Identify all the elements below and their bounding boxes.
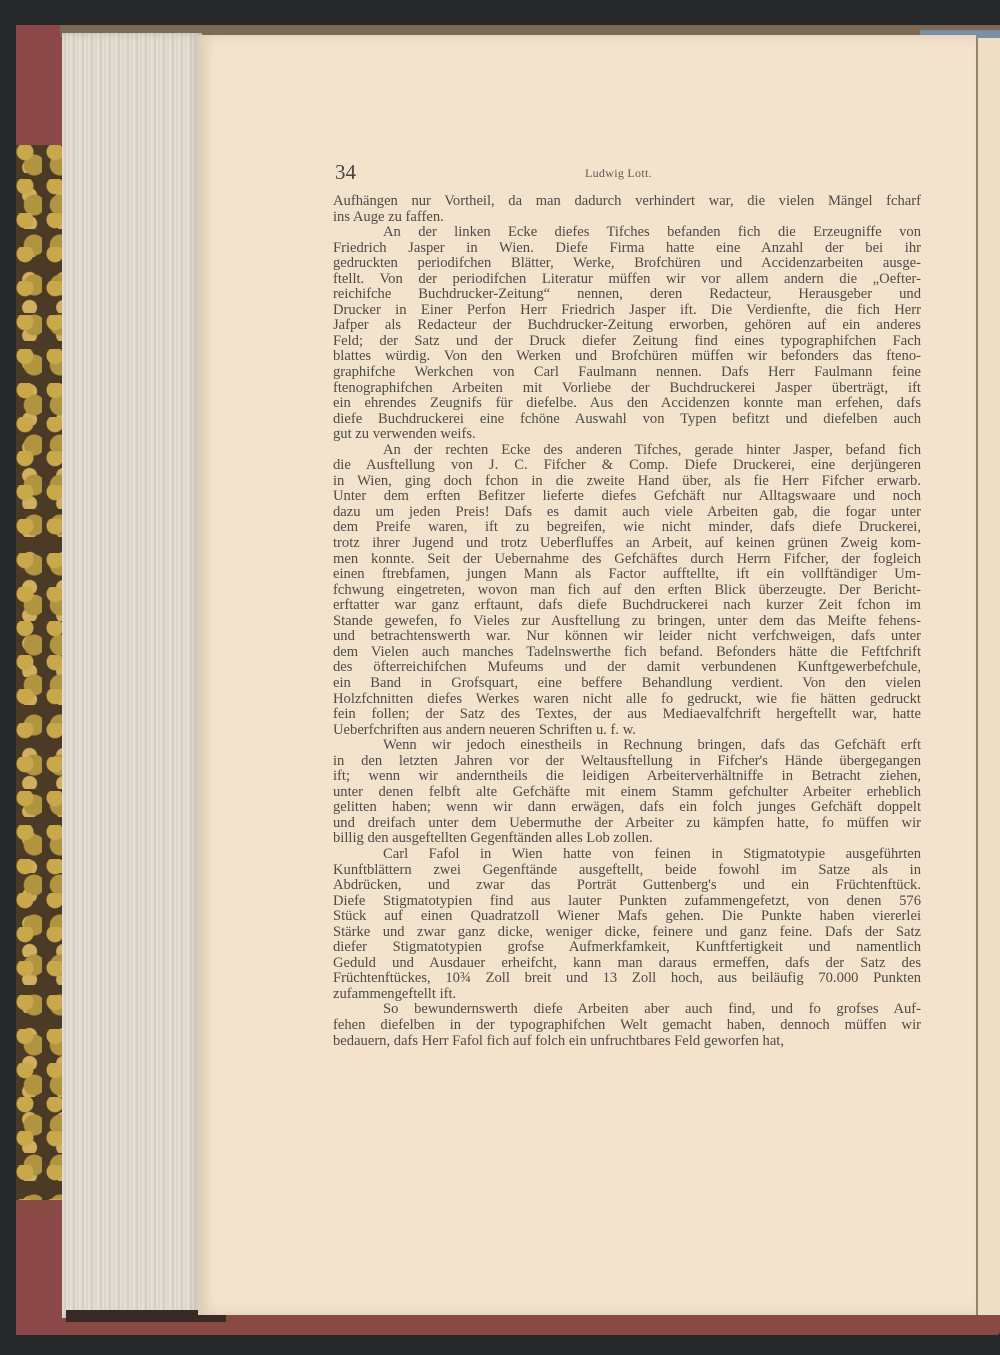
text-line: fehen diefelben in der typographifchen W… bbox=[333, 1018, 921, 1034]
text-line: gelitten haben; wenn wir dann erwägen, d… bbox=[333, 800, 921, 816]
text-line: dem Preife waren, ift zu begreifen, wie … bbox=[333, 520, 921, 536]
paragraph: Carl Fafol in Wien hatte von feinen in S… bbox=[333, 847, 921, 1002]
paragraph: Aufhängen nur Vortheil, da man dadurch v… bbox=[333, 194, 921, 225]
text-line: Carl Fafol in Wien hatte von feinen in S… bbox=[333, 847, 921, 863]
text-line: ein ehrendes Zeugnifs für diefelbe. Aus … bbox=[333, 396, 921, 412]
text-line: Kunftblättern zwei Gegenftände ausgeftel… bbox=[333, 863, 921, 879]
text-line: reichifche Buchdrucker-Zeitung“ nennen, … bbox=[333, 287, 921, 303]
text-line: So bewundernswerth diefe Arbeiten aber a… bbox=[333, 1002, 921, 1018]
text-line: gedruckten periodifchen Blätter, Werke, … bbox=[333, 256, 921, 272]
text-line: billig den ausgeftellten Gegenftänden al… bbox=[333, 831, 921, 847]
text-line: Jafper als Redacteur der Buchdrucker-Zei… bbox=[333, 318, 921, 334]
text-line: blattes würdig. Von den Werken und Brofc… bbox=[333, 349, 921, 365]
text-line: An der linken Ecke diefes Tifches befand… bbox=[333, 225, 921, 241]
text-line: Friedrich Jasper in Wien. Diefe Firma ha… bbox=[333, 241, 921, 257]
paragraph: An der linken Ecke diefes Tifches befand… bbox=[333, 225, 921, 443]
page-stack-edges bbox=[62, 33, 202, 1318]
facing-page-edge bbox=[976, 38, 1000, 1315]
text-line: Feld; der Satz und der Druck diefer Zeit… bbox=[333, 334, 921, 350]
page-header: 34 Ludwig Lott. bbox=[335, 160, 935, 190]
text-line: ift; wenn wir anderntheils die leidigen … bbox=[333, 769, 921, 785]
text-line: in Wien, ging doch fchon in die zweite H… bbox=[333, 474, 921, 490]
text-line: bedauern, dafs Herr Fafol fich auf folch… bbox=[333, 1034, 921, 1050]
cover-marbled-paper bbox=[16, 145, 64, 1200]
text-line: dazu um jeden Preis! Dafs es damit auch … bbox=[333, 505, 921, 521]
cover-leather-corner-top bbox=[16, 25, 66, 145]
text-line: men konnte. Seit der Uebernahme des Gefc… bbox=[333, 552, 921, 568]
text-line: in den letzten Jahren vor der Weltausfte… bbox=[333, 754, 921, 770]
text-line: Stück auf einen Quadratzoll Wiener Mafs … bbox=[333, 909, 921, 925]
text-line: die Ausftellung von J. C. Fifcher & Comp… bbox=[333, 458, 921, 474]
paragraph: An der rechten Ecke des anderen Tifches,… bbox=[333, 443, 921, 738]
text-line: unter denen felbft alte Gefchäfte mit ei… bbox=[333, 785, 921, 801]
text-line: gut zu verwenden weifs. bbox=[333, 427, 921, 443]
text-line: Unter dem erften Befitzer lieferte diefe… bbox=[333, 489, 921, 505]
text-line: Abdrücken, und zwar das Porträt Guttenbe… bbox=[333, 878, 921, 894]
text-line: fchwung eingetreten, wovon man fich auf … bbox=[333, 583, 921, 599]
text-line: Stärke und zwar ganz dicke, weniger dick… bbox=[333, 925, 921, 941]
text-line: Geduld und Ausdauer erheifcht, kann man … bbox=[333, 956, 921, 972]
paragraph: Wenn wir jedoch einestheils in Rechnung … bbox=[333, 738, 921, 847]
text-line: diefe Buchdruckerei eine fchöne Auswahl … bbox=[333, 412, 921, 428]
text-line: einen ftrebfamen, jungen Mann als Factor… bbox=[333, 567, 921, 583]
text-line: Früchtenftückes, 10¾ Zoll breit und 13 Z… bbox=[333, 971, 921, 987]
text-line: des öfterreichifchen Mufeums und der dam… bbox=[333, 660, 921, 676]
text-line: und dreifach unter dem Uebermuthe der Ar… bbox=[333, 816, 921, 832]
text-line: Holzfchnitten diefes Werkes waren nicht … bbox=[333, 692, 921, 708]
text-line: und betrachtenswerth war. Nur können wir… bbox=[333, 629, 921, 645]
text-line: ein Band in Grofsquart, eine beffere Beh… bbox=[333, 676, 921, 692]
text-line: ftellt. Von der periodifchen Literatur m… bbox=[333, 272, 921, 288]
text-line: Drucker in Einer Perfon Herr Friedrich J… bbox=[333, 303, 921, 319]
text-line: erftatter war ganz erftaunt, dafs diefe … bbox=[333, 598, 921, 614]
cover-leather-corner-bottom bbox=[16, 1215, 66, 1335]
text-line: Wenn wir jedoch einestheils in Rechnung … bbox=[333, 738, 921, 754]
text-line: Stande gewefen, fo Vieles zur Ausftellun… bbox=[333, 614, 921, 630]
text-line: Diefe Stigmatotypien find aus lauter Pun… bbox=[333, 894, 921, 910]
text-line: Aufhängen nur Vortheil, da man dadurch v… bbox=[333, 194, 921, 210]
text-line: ins Auge zu faffen. bbox=[333, 210, 921, 226]
text-line: ftenographifchen Arbeiten mit Vorliebe d… bbox=[333, 381, 921, 397]
body-text: Aufhängen nur Vortheil, da man dadurch v… bbox=[333, 194, 921, 1049]
text-line: diefer Stigmatotypien grofse Aufmerkfamk… bbox=[333, 940, 921, 956]
text-line: An der rechten Ecke des anderen Tifches,… bbox=[333, 443, 921, 459]
text-line: Ueberfchriften aus andern neueren Schrif… bbox=[333, 723, 921, 739]
page-number: 34 bbox=[335, 160, 356, 185]
running-head: Ludwig Lott. bbox=[585, 166, 652, 181]
text-line: fein follen; der Satz des Textes, der au… bbox=[333, 707, 921, 723]
paragraph: So bewundernswerth diefe Arbeiten aber a… bbox=[333, 1002, 921, 1049]
text-line: graphifche Werkchen von Carl Faulmann ne… bbox=[333, 365, 921, 381]
text-line: dem Vielen auch manches Tadelnswerthe fi… bbox=[333, 645, 921, 661]
text-line: trotz ihrer Jugend und trotz Ueberfluffe… bbox=[333, 536, 921, 552]
text-line: zufammengeftellt ift. bbox=[333, 987, 921, 1003]
